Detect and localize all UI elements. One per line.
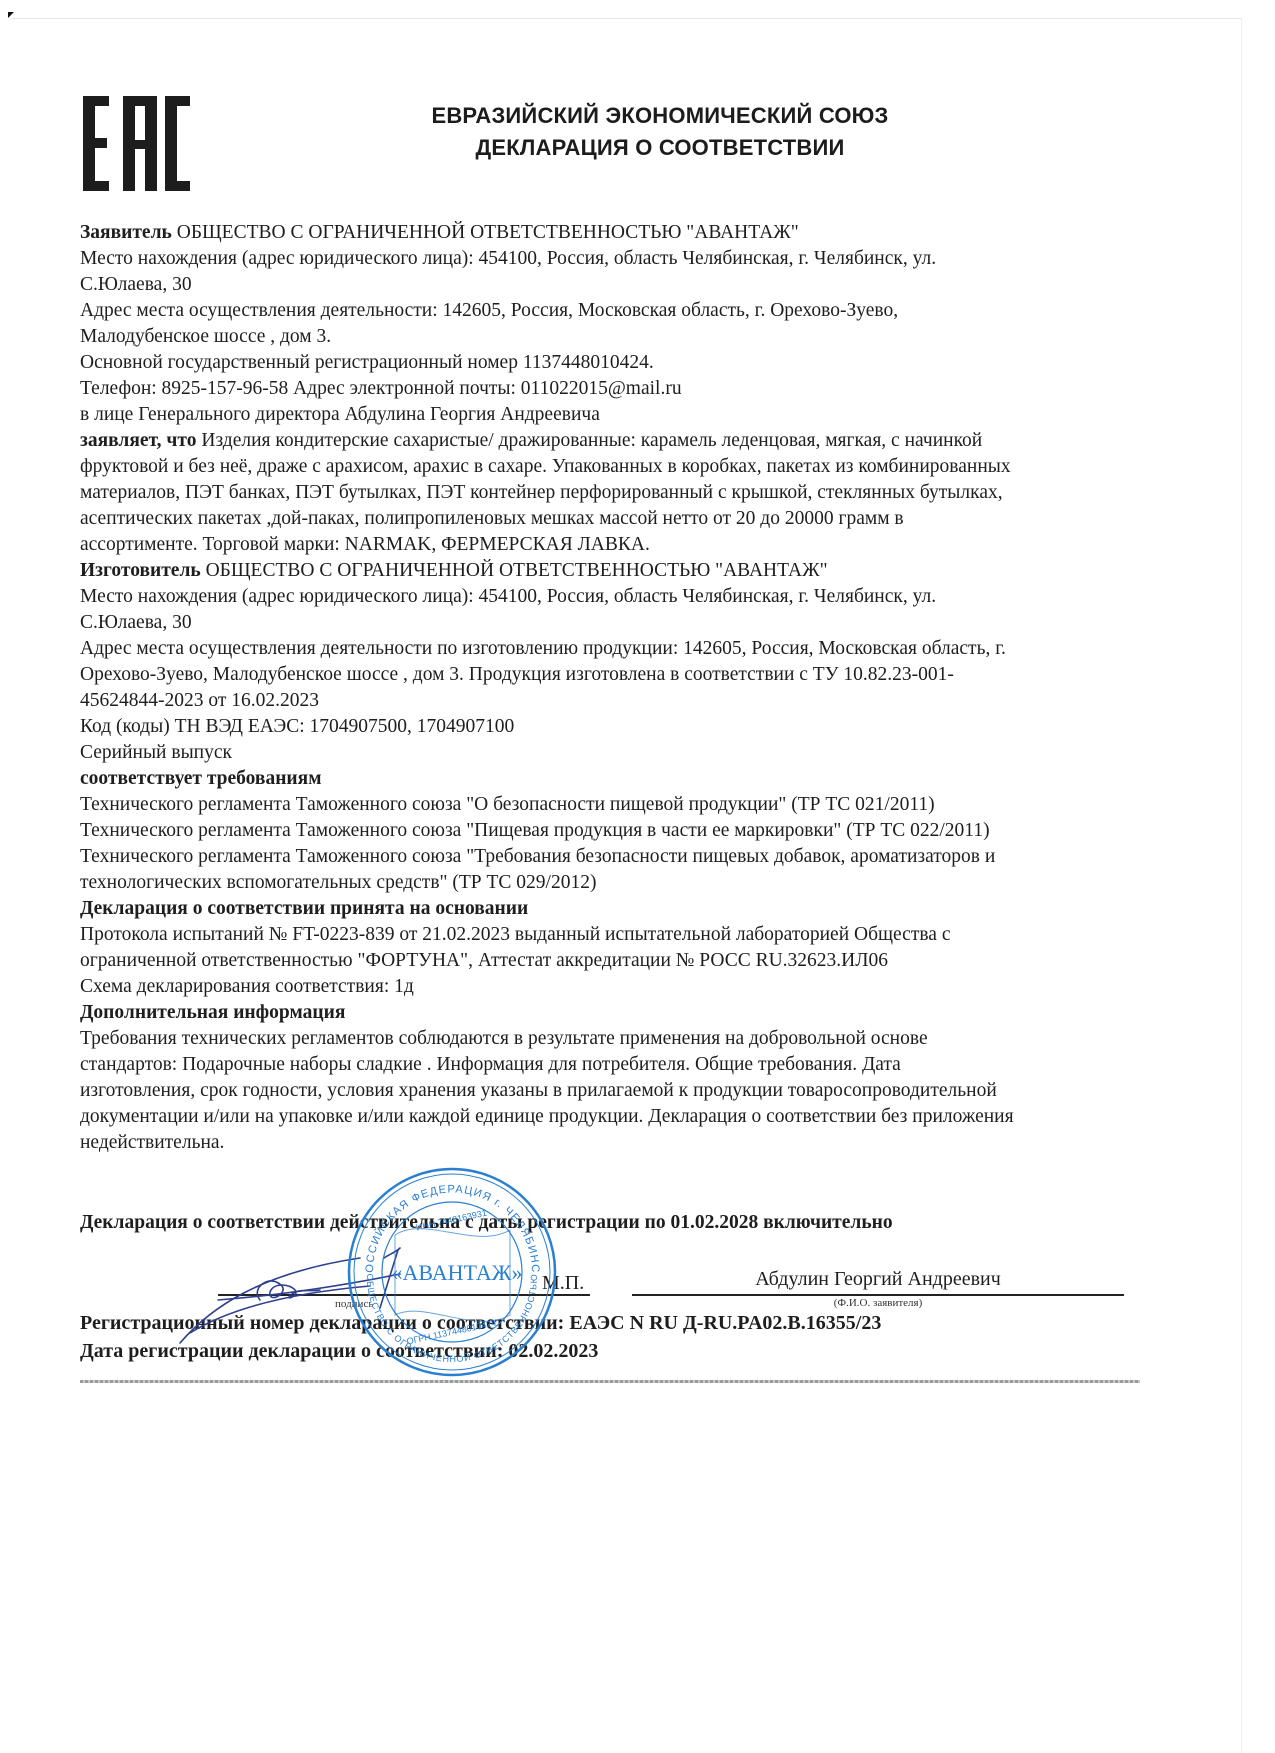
scan-page-edge <box>1241 18 1242 1753</box>
product-trademarks: ассортименте. Торговой марки: NARMAK, ФЕ… <box>80 532 1140 558</box>
product-description-cont: материалов, ПЭТ банках, ПЭТ бутылках, ПЭ… <box>80 480 1140 506</box>
tn-ved-codes: Код (коды) ТН ВЭД ЕАЭС: 1704907500, 1704… <box>80 714 1140 740</box>
applicant-representative: в лице Генерального директора Абдулина Г… <box>80 402 1140 428</box>
manufacturer-legal-address: Место нахождения (адрес юридического лиц… <box>80 584 1140 610</box>
manufacturer-production-address: Адрес места осуществления деятельности п… <box>80 636 1140 662</box>
signature-caption: подпись <box>335 1298 373 1310</box>
additional-info-text: документации и/или на упаковке и/или каж… <box>80 1104 1140 1130</box>
test-protocol-cont: ограниченной ответственностью "ФОРТУНА",… <box>80 948 1140 974</box>
stamp-center-text: «АВАНТАЖ» <box>392 1260 523 1285</box>
additional-info-section: Дополнительная информация Требования тех… <box>80 1000 1140 1156</box>
signer-name: Абдулин Георгий Андреевич <box>632 1268 1124 1291</box>
title-declaration: ДЕКЛАРАЦИЯ О СООТВЕТСТВИИ <box>380 132 940 164</box>
product-description-cont: фруктовой и без неё, драже с арахисом, а… <box>80 454 1140 480</box>
registration-date: Дата регистрации декларации о соответств… <box>80 1340 598 1363</box>
applicant-legal-address: Место нахождения (адрес юридического лиц… <box>80 246 1140 272</box>
applicant-section: Заявитель ОБЩЕСТВО С ОГРАНИЧЕННОЙ ОТВЕТС… <box>80 220 1140 428</box>
product-description-cont: асептических пакетах ,дой-паках, полипро… <box>80 506 1140 532</box>
manufacturer-name: ОБЩЕСТВО С ОГРАНИЧЕННОЙ ОТВЕТСТВЕННОСТЬЮ… <box>201 560 828 581</box>
applicant-activity-address: Адрес места осуществления деятельности: … <box>80 298 1140 324</box>
manufacturer-production-address-cont: Орехово-Зуево, Малодубенское шоссе , дом… <box>80 662 1140 688</box>
registration-number: Регистрационный номер декларации о соотв… <box>80 1312 881 1335</box>
conformity-section: соответствует требованиям Технического р… <box>80 766 1140 896</box>
additional-info-text: Требования технических регламентов соблю… <box>80 1026 1140 1052</box>
regulation-item-cont: технологических вспомогательных средств"… <box>80 870 1140 896</box>
eac-logo-icon <box>83 96 190 191</box>
applicant-activity-address-cont: Малодубенское шоссе , дом 3. <box>80 324 1140 350</box>
scan-page-edge <box>12 18 1242 19</box>
basis-label: Декларация о соответствии принята на осн… <box>80 896 1140 922</box>
production-type: Серийный выпуск <box>80 740 1140 766</box>
basis-section: Декларация о соответствии принята на осн… <box>80 896 1140 1000</box>
regulation-item: Технического регламента Таможенного союз… <box>80 818 1140 844</box>
additional-info-text: стандартов: Подарочные наборы сладкие . … <box>80 1052 1140 1078</box>
test-protocol: Протокола испытаний № FT-0223-839 от 21.… <box>80 922 1140 948</box>
declaration-body: Заявитель ОБЩЕСТВО С ОГРАНИЧЕННОЙ ОТВЕТС… <box>80 220 1140 1156</box>
manufacturer-section: Изготовитель ОБЩЕСТВО С ОГРАНИЧЕННОЙ ОТВ… <box>80 558 1140 766</box>
applicant-legal-address-cont: С.Юлаева, 30 <box>80 272 1140 298</box>
validity-period: Декларация о соответствии действительна … <box>80 1212 893 1234</box>
signer-name-line <box>632 1294 1124 1296</box>
signer-caption: (Ф.И.О. заявителя) <box>632 1297 1124 1309</box>
applicant-ogrn: Основной государственный регистрационный… <box>80 350 1140 376</box>
regulation-item: Технического регламента Таможенного союз… <box>80 844 1140 870</box>
applicant-label: Заявитель <box>80 222 172 243</box>
additional-info-text: недействительна. <box>80 1130 1140 1156</box>
additional-info-label: Дополнительная информация <box>80 1000 1140 1026</box>
applicant-name: ОБЩЕСТВО С ОГРАНИЧЕННОЙ ОТВЕТСТВЕННОСТЬЮ… <box>172 222 799 243</box>
additional-info-text: изготовления, срок годности, условия хра… <box>80 1078 1140 1104</box>
applicant-contacts: Телефон: 8925-157-96-58 Адрес электронно… <box>80 376 1140 402</box>
declaration-scheme: Схема декларирования соответствия: 1д <box>80 974 1140 1000</box>
conformity-label: соответствует требованиям <box>80 766 1140 792</box>
product-section: заявляет, что Изделия кондитерские сахар… <box>80 428 1140 558</box>
manufacturer-legal-address-cont: С.Юлаева, 30 <box>80 610 1140 636</box>
product-description: Изделия кондитерские сахаристые/ дражиро… <box>197 430 983 451</box>
manufacturer-label: Изготовитель <box>80 560 201 581</box>
manufacturer-tu-reference: 45624844-2023 от 16.02.2023 <box>80 688 1140 714</box>
bottom-divider <box>80 1380 1140 1383</box>
signature-line <box>218 1294 590 1296</box>
regulation-item: Технического регламента Таможенного союз… <box>80 792 1140 818</box>
title-union: ЕВРАЗИЙСКИЙ ЭКОНОМИЧЕСКИЙ СОЮЗ <box>380 100 940 132</box>
document-title: ЕВРАЗИЙСКИЙ ЭКОНОМИЧЕСКИЙ СОЮЗ ДЕКЛАРАЦИ… <box>380 100 940 164</box>
seal-place-label: М.П. <box>542 1272 584 1295</box>
declares-label: заявляет, что <box>80 430 197 451</box>
